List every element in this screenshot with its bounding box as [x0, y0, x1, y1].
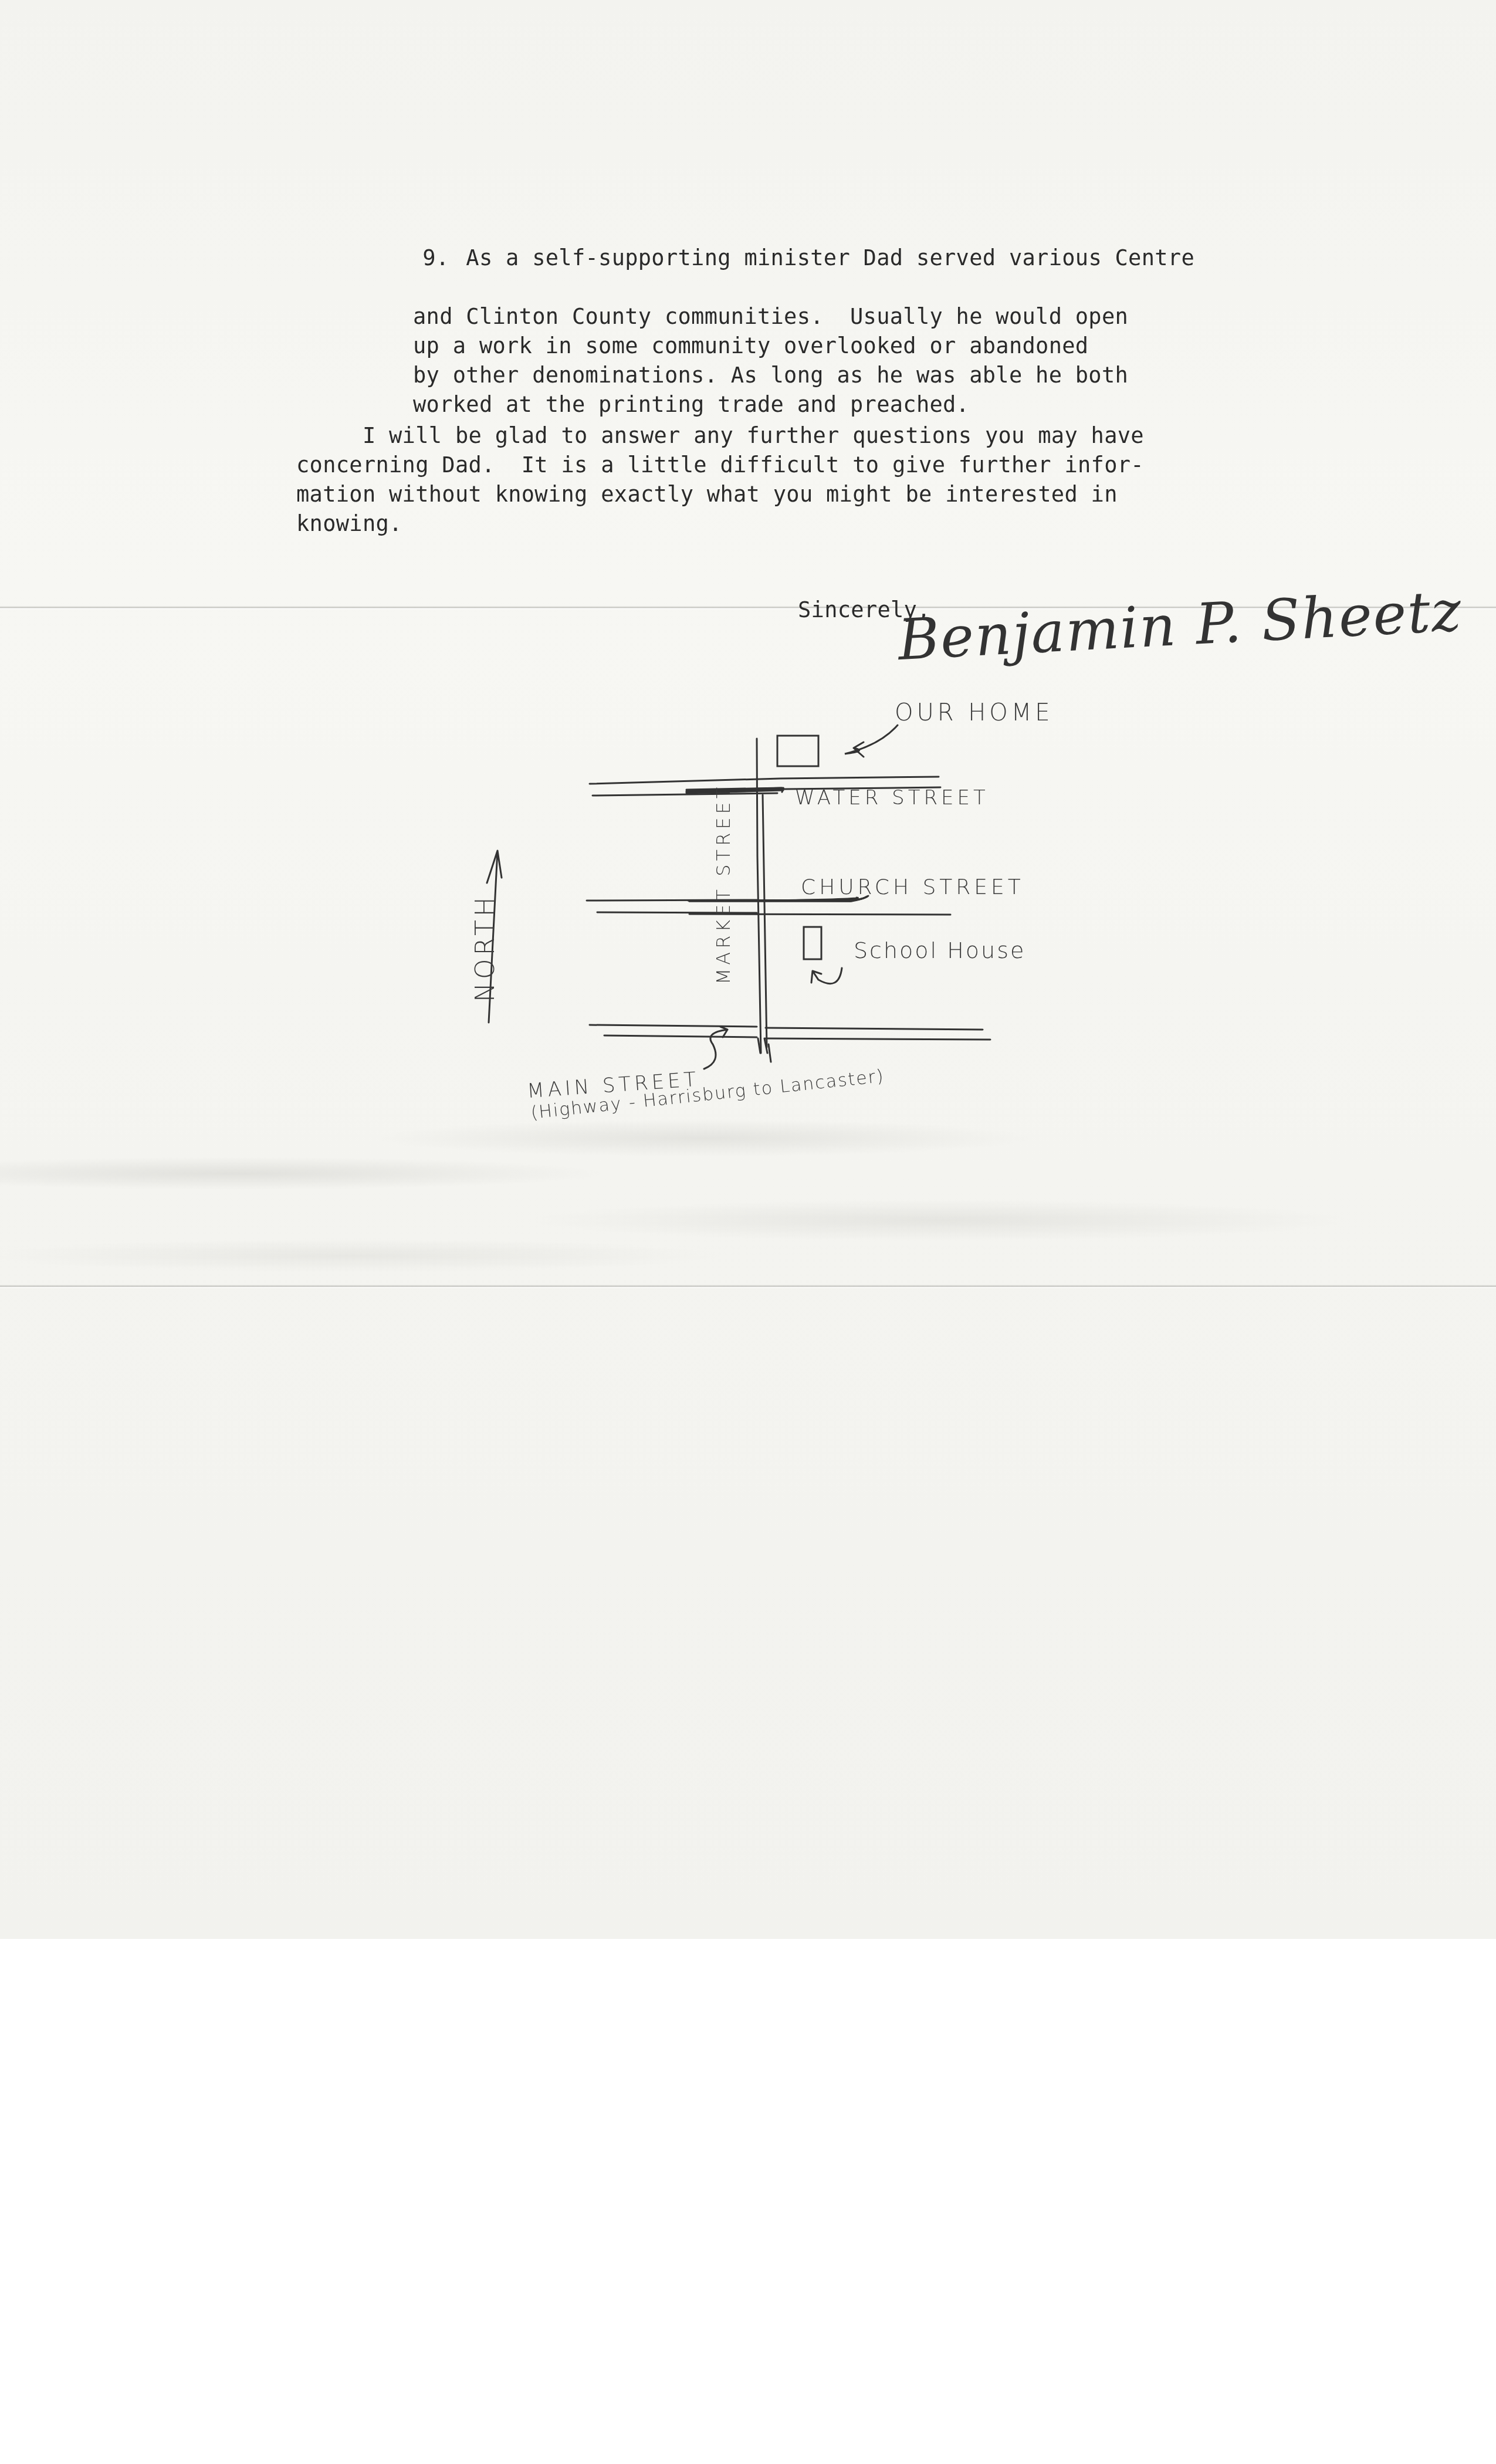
label-water-street: WATER STREET: [795, 786, 989, 810]
label-north: NORTH: [471, 893, 500, 1002]
letter-page: 9.As a self-supporting minister Dad serv…: [0, 0, 1496, 1939]
label-our-home: OUR HOME: [895, 699, 1054, 726]
label-school-house: School House: [854, 937, 1025, 963]
label-market-street: MARKET STREET: [712, 784, 735, 985]
our-home-arrow: [845, 725, 898, 757]
label-church-street: CHURCH STREET: [801, 875, 1024, 899]
school-house-arrow: [811, 968, 842, 984]
sketch-map: [0, 0, 1496, 1939]
main-street-lines: [590, 1025, 990, 1040]
our-home-building: [777, 736, 818, 766]
school-house-building: [804, 927, 821, 959]
main-street-arrow: [704, 1027, 727, 1069]
